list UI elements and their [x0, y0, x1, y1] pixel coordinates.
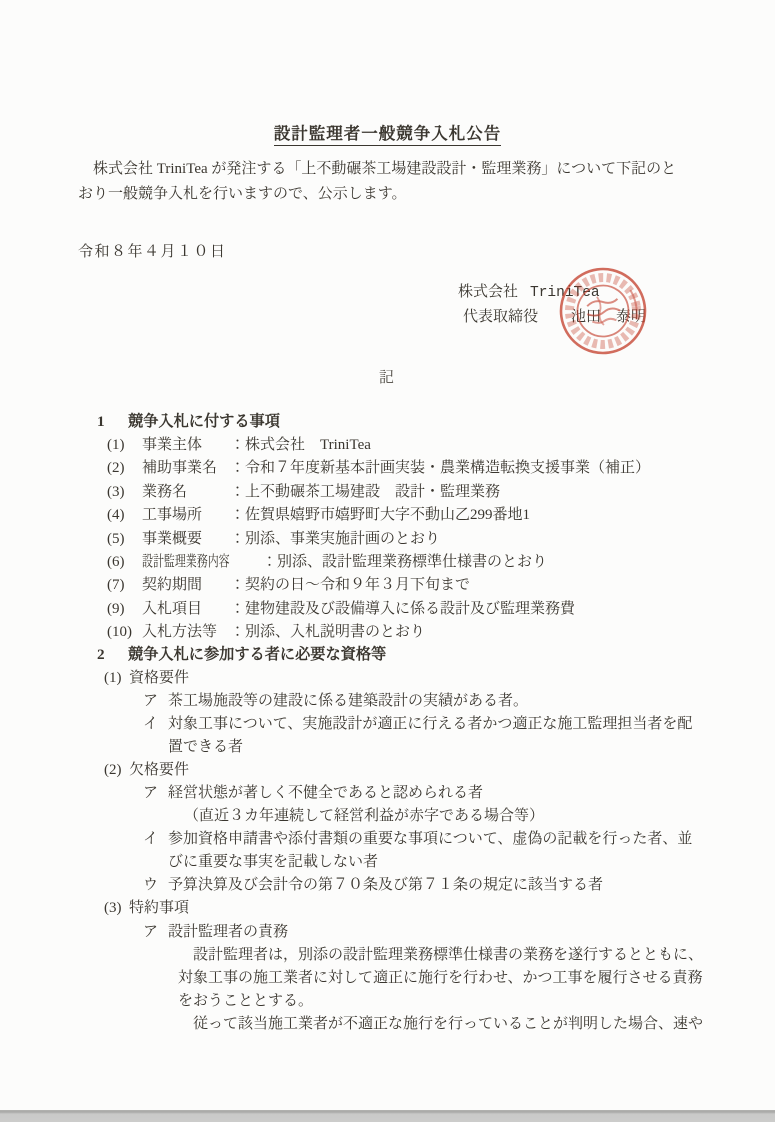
section2-row: ア設計監理者の責務 — [0, 921, 775, 944]
section-2-number: 2 — [97, 643, 128, 667]
section2-row: ア経営状態が著しく不健全であると認められる者 — [0, 782, 775, 805]
row-text: 設計監理者は，別添の設計監理業務標準仕様書の業務を遂行するとともに、 — [193, 944, 703, 967]
section2-row: 置できる者 — [0, 736, 775, 759]
row-text: をおうこととする。 — [178, 990, 313, 1013]
section2-row: 従って該当施工業者が不適正な施行を行っていることが判明した場合、速や — [0, 1013, 775, 1036]
section2-row: （直近３カ年連続して経営利益が赤字である場合等） — [0, 805, 775, 828]
row-text: 参加資格申請書や添付書類の重要な事項について、虚偽の記載を行った者、並 — [168, 828, 692, 851]
item-number: (7) — [107, 574, 142, 597]
section1-item: (3)業務名：上不動碾茶工場建設 設計・監理業務 — [0, 481, 775, 504]
section2-row: イ参加資格申請書や添付書類の重要な事項について、虚偽の記載を行った者、並 — [0, 828, 775, 851]
date-line: 令和８年４月１０日 — [78, 240, 227, 261]
item-value: ：別添、事業実施計画のとおり — [230, 528, 440, 551]
section2-row: をおうこととする。 — [0, 990, 775, 1013]
section-1-heading: 1競争入札に付する事項 — [0, 410, 775, 434]
row-text: （直近３カ年連続して経営利益が赤字である場合等） — [184, 805, 544, 828]
item-value: ：別添、設計監理業務標準仕様書のとおり — [262, 551, 547, 574]
row-marker: ア — [143, 690, 168, 713]
section1-item: (7)契約期間：契約の日～令和９年３月下旬まで — [0, 574, 775, 597]
issuer-company-en: TriniTea — [530, 285, 600, 301]
item-number: (3) — [107, 481, 142, 504]
intro-line: 株式会社 TriniTea が発注する「上不動碾茶工場建設設計・監理業務」につい… — [78, 157, 726, 182]
row-text: 資格要件 — [129, 667, 189, 690]
section1-item: (10)入札方法等：別添、入札説明書のとおり — [0, 621, 775, 644]
row-marker: イ — [143, 828, 168, 851]
row-marker: (2) — [104, 759, 129, 782]
record-marker: 記 — [0, 366, 775, 387]
item-value: ：別添、入札説明書のとおり — [230, 621, 425, 644]
item-label: 設計監理業務内容 — [142, 551, 230, 574]
row-text: 従って該当施工業者が不適正な施行を行っていることが判明した場合、速や — [193, 1013, 703, 1036]
item-value: ：株式会社 TriniTea — [230, 434, 371, 457]
section-2-heading-text: 競争入札に参加する者に必要な資格等 — [128, 646, 386, 663]
section2-row: びに重要な事実を記載しない者 — [0, 851, 775, 874]
section-1-heading-text: 競争入札に付する事項 — [128, 413, 280, 430]
item-label: 入札方法等 — [142, 621, 230, 644]
section2-row: ウ予算決算及び会計令の第７０条及び第７１条の規定に該当する者 — [0, 874, 775, 897]
item-value: ：上不動碾茶工場建設 設計・監理業務 — [230, 481, 500, 504]
item-value: ：佐賀県嬉野市嬉野町大字不動山乙299番地1 — [230, 504, 530, 527]
item-number: (6) — [107, 551, 142, 574]
section1-item: (4)工事場所：佐賀県嬉野市嬉野町大字不動山乙299番地1 — [0, 504, 775, 527]
section2-row: 設計監理者は，別添の設計監理業務標準仕様書の業務を遂行するとともに、 — [0, 944, 775, 967]
row-text: 特約事項 — [129, 897, 189, 920]
section2-row: イ対象工事について、実施設計が適正に行える者かつ適正な施工監理担当者を配 — [0, 713, 775, 736]
row-marker: ア — [143, 782, 168, 805]
item-label: 事業主体 — [142, 434, 230, 457]
scanned-document-page: 設計監理者一般競争入札公告 株式会社 TriniTea が発注する「上不動碾茶工… — [0, 0, 775, 1122]
scanner-edge-shadow — [0, 1110, 775, 1122]
item-value: ：建物建設及び設備導入に係る設計及び監理業務費 — [230, 598, 575, 621]
section2-row: 対象工事の施工業者に対して適正に施行を行わせ、かつ工事を履行させる責務 — [0, 967, 775, 990]
section2-row: (3)特約事項 — [0, 897, 775, 920]
issuer-representative-line: 代表取締役池田 泰明 — [458, 305, 646, 329]
item-number: (9) — [107, 598, 142, 621]
row-text: 対象工事の施工業者に対して適正に施行を行わせ、かつ工事を履行させる責務 — [178, 967, 703, 990]
item-number: (2) — [107, 457, 142, 480]
item-number: (5) — [107, 528, 142, 551]
item-value: ：契約の日～令和９年３月下旬まで — [230, 574, 470, 597]
section2-row: (2)欠格要件 — [0, 759, 775, 782]
item-label: 契約期間 — [142, 574, 230, 597]
item-number: (1) — [107, 434, 142, 457]
section1-item: (1)事業主体：株式会社 TriniTea — [0, 434, 775, 457]
section1-item: (2)補助事業名：令和７年度新基本計画実装・農業構造転換支援事業（補正） — [0, 457, 775, 480]
issuer-company-line: 株式会社TriniTea — [458, 280, 646, 305]
row-marker: ア — [143, 921, 168, 944]
row-text: 経営状態が著しく不健全であると認められる者 — [168, 782, 483, 805]
item-number: (10) — [107, 621, 142, 644]
row-marker: (3) — [104, 897, 129, 920]
row-text: 茶工場施設等の建設に係る建築設計の実績がある者。 — [168, 690, 528, 713]
section-2: 2競争入札に参加する者に必要な資格等 (1)資格要件 ア茶工場施設等の建設に係る… — [0, 643, 775, 1036]
section-2-heading: 2競争入札に参加する者に必要な資格等 — [0, 643, 775, 667]
item-label: 入札項目 — [142, 598, 230, 621]
section2-row: ア茶工場施設等の建設に係る建築設計の実績がある者。 — [0, 690, 775, 713]
document-title: 設計監理者一般競争入札公告 — [0, 120, 775, 144]
row-text: びに重要な事実を記載しない者 — [168, 851, 378, 874]
row-marker: (1) — [104, 667, 129, 690]
item-label: 業務名 — [142, 481, 230, 504]
section-1-number: 1 — [97, 410, 128, 434]
row-text: 設計監理者の責務 — [168, 921, 288, 944]
issuer-role: 代表取締役 — [463, 309, 538, 325]
section1-item: (5)事業概要：別添、事業実施計画のとおり — [0, 528, 775, 551]
item-label: 工事場所 — [142, 504, 230, 527]
issuer-block: 株式会社TriniTea 代表取締役池田 泰明 — [458, 280, 646, 329]
row-text: 対象工事について、実施設計が適正に行える者かつ適正な施工監理担当者を配 — [168, 713, 692, 736]
row-marker: ウ — [143, 874, 168, 897]
section1-item: (9)入札項目：建物建設及び設備導入に係る設計及び監理業務費 — [0, 598, 775, 621]
section2-row: (1)資格要件 — [0, 667, 775, 690]
item-number: (4) — [107, 504, 142, 527]
row-text: 予算決算及び会計令の第７０条及び第７１条の規定に該当する者 — [168, 874, 603, 897]
section1-item: (6)設計監理業務内容：別添、設計監理業務標準仕様書のとおり — [0, 551, 775, 574]
document-title-text: 設計監理者一般競争入札公告 — [274, 124, 502, 146]
issuer-company-jp: 株式会社 — [458, 284, 518, 300]
row-text: 欠格要件 — [129, 759, 189, 782]
issuer-name: 池田 泰明 — [571, 309, 646, 325]
intro-line: おり一般競争入札を行いますので、公示します。 — [78, 182, 726, 207]
row-marker: イ — [143, 713, 168, 736]
intro-paragraph: 株式会社 TriniTea が発注する「上不動碾茶工場建設設計・監理業務」につい… — [78, 157, 726, 206]
section-1: 1競争入札に付する事項 (1)事業主体：株式会社 TriniTea (2)補助事… — [0, 410, 775, 645]
item-value: ：令和７年度新基本計画実装・農業構造転換支援事業（補正） — [230, 457, 650, 480]
row-text: 置できる者 — [168, 736, 243, 759]
item-label: 補助事業名 — [142, 457, 230, 480]
item-label: 事業概要 — [142, 528, 230, 551]
